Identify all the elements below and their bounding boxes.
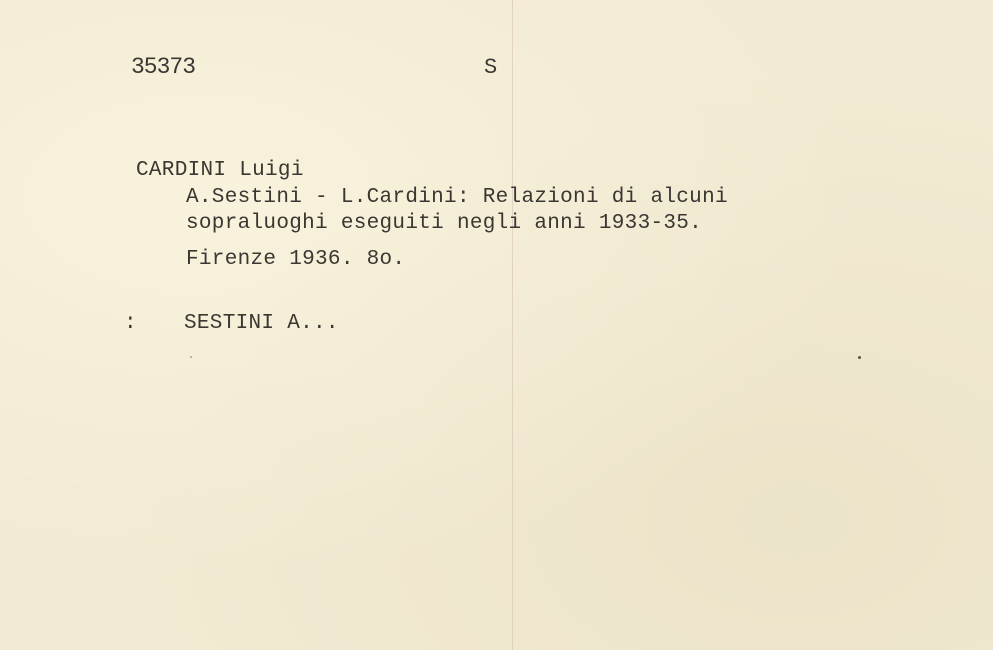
title-line-2: sopraluoghi eseguiti negli anni 1933-35. [186, 213, 702, 234]
cross-reference-marker: : [124, 313, 137, 334]
cross-reference: SESTINI A... [184, 313, 339, 334]
catalog-card: 35373 S CARDINI Luigi A.Sestini - L.Card… [0, 0, 993, 650]
paper-speck [858, 356, 861, 359]
author-heading: CARDINI Luigi [136, 160, 304, 181]
card-guide-line [512, 0, 513, 650]
section-mark: S [484, 57, 498, 79]
paper-speck [190, 356, 192, 358]
imprint: Firenze 1936. 8o. [186, 249, 405, 270]
accession-number: 35373 [131, 56, 195, 79]
title-line-1: A.Sestini - L.Cardini: Relazioni di alcu… [186, 187, 728, 208]
